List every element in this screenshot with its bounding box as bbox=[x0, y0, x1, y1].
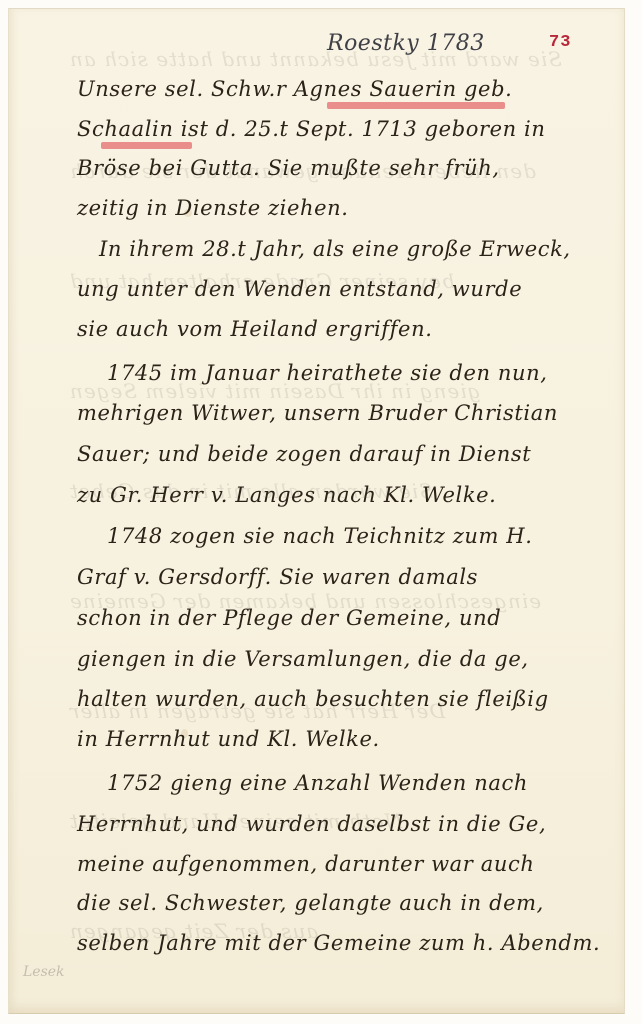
name-highlight-underline bbox=[327, 102, 505, 109]
manuscript-line: halten wurden, auch besuchten sie fleißi… bbox=[77, 687, 549, 711]
manuscript-line: Schaalin ist d. 25.t Sept. 1713 geboren … bbox=[77, 117, 546, 141]
manuscript-line: zeitig in Dienste ziehen. bbox=[77, 196, 349, 220]
manuscript-line: meine aufgenommen, darunter war auch bbox=[77, 852, 534, 876]
manuscript-line: 1752 gieng eine Anzahl Wenden nach bbox=[107, 771, 528, 795]
manuscript-line: Sauer; und beide zogen darauf in Dienst bbox=[77, 442, 531, 466]
manuscript-line: Bröse bei Gutta. Sie mußte sehr früh, bbox=[77, 156, 500, 180]
scan-background: Sie ward mit Jesu bekannt und hatte sich… bbox=[0, 0, 642, 1024]
bleed-through-line: Sie ward mit Jesu bekannt und hatte sich… bbox=[69, 47, 562, 71]
manuscript-line: 1748 zogen sie nach Teichnitz zum H. bbox=[107, 524, 533, 548]
corner-pencil-note: Lesek bbox=[23, 964, 65, 980]
manuscript-line: die sel. Schwester, gelangte auch in dem… bbox=[77, 891, 544, 915]
manuscript-line: In ihrem 28.t Jahr, als eine große Erwec… bbox=[99, 237, 571, 261]
folio-number: 73 bbox=[549, 33, 571, 52]
archive-pencil-note: Roestky 1783 bbox=[327, 31, 485, 56]
manuscript-line: Graf v. Gersdorff. Sie waren damals bbox=[77, 565, 478, 589]
manuscript-line: zu Gr. Herr v. Langes nach Kl. Welke. bbox=[77, 483, 496, 507]
manuscript-line: in Herrnhut und Kl. Welke. bbox=[77, 727, 380, 751]
manuscript-line: mehrigen Witwer, unsern Bruder Christian bbox=[77, 401, 558, 425]
manuscript-line: sie auch vom Heiland ergriffen. bbox=[77, 317, 432, 341]
manuscript-line: Herrnhut, und wurden daselbst in die Ge, bbox=[77, 812, 546, 836]
name-highlight-underline bbox=[101, 142, 192, 149]
manuscript-page: Sie ward mit Jesu bekannt und hatte sich… bbox=[8, 8, 625, 1014]
manuscript-line: ung unter den Wenden entstand, wurde bbox=[77, 277, 522, 301]
manuscript-line: giengen in die Versamlungen, die da ge, bbox=[77, 647, 529, 671]
manuscript-line: schon in der Pflege der Gemeine, und bbox=[77, 606, 501, 630]
manuscript-line: Unsere sel. Schw.r Agnes Sauerin geb. bbox=[77, 77, 512, 101]
manuscript-line: selben Jahre mit der Gemeine zum h. Aben… bbox=[77, 931, 600, 955]
manuscript-line: 1745 im Januar heirathete sie den nun, bbox=[107, 361, 548, 385]
